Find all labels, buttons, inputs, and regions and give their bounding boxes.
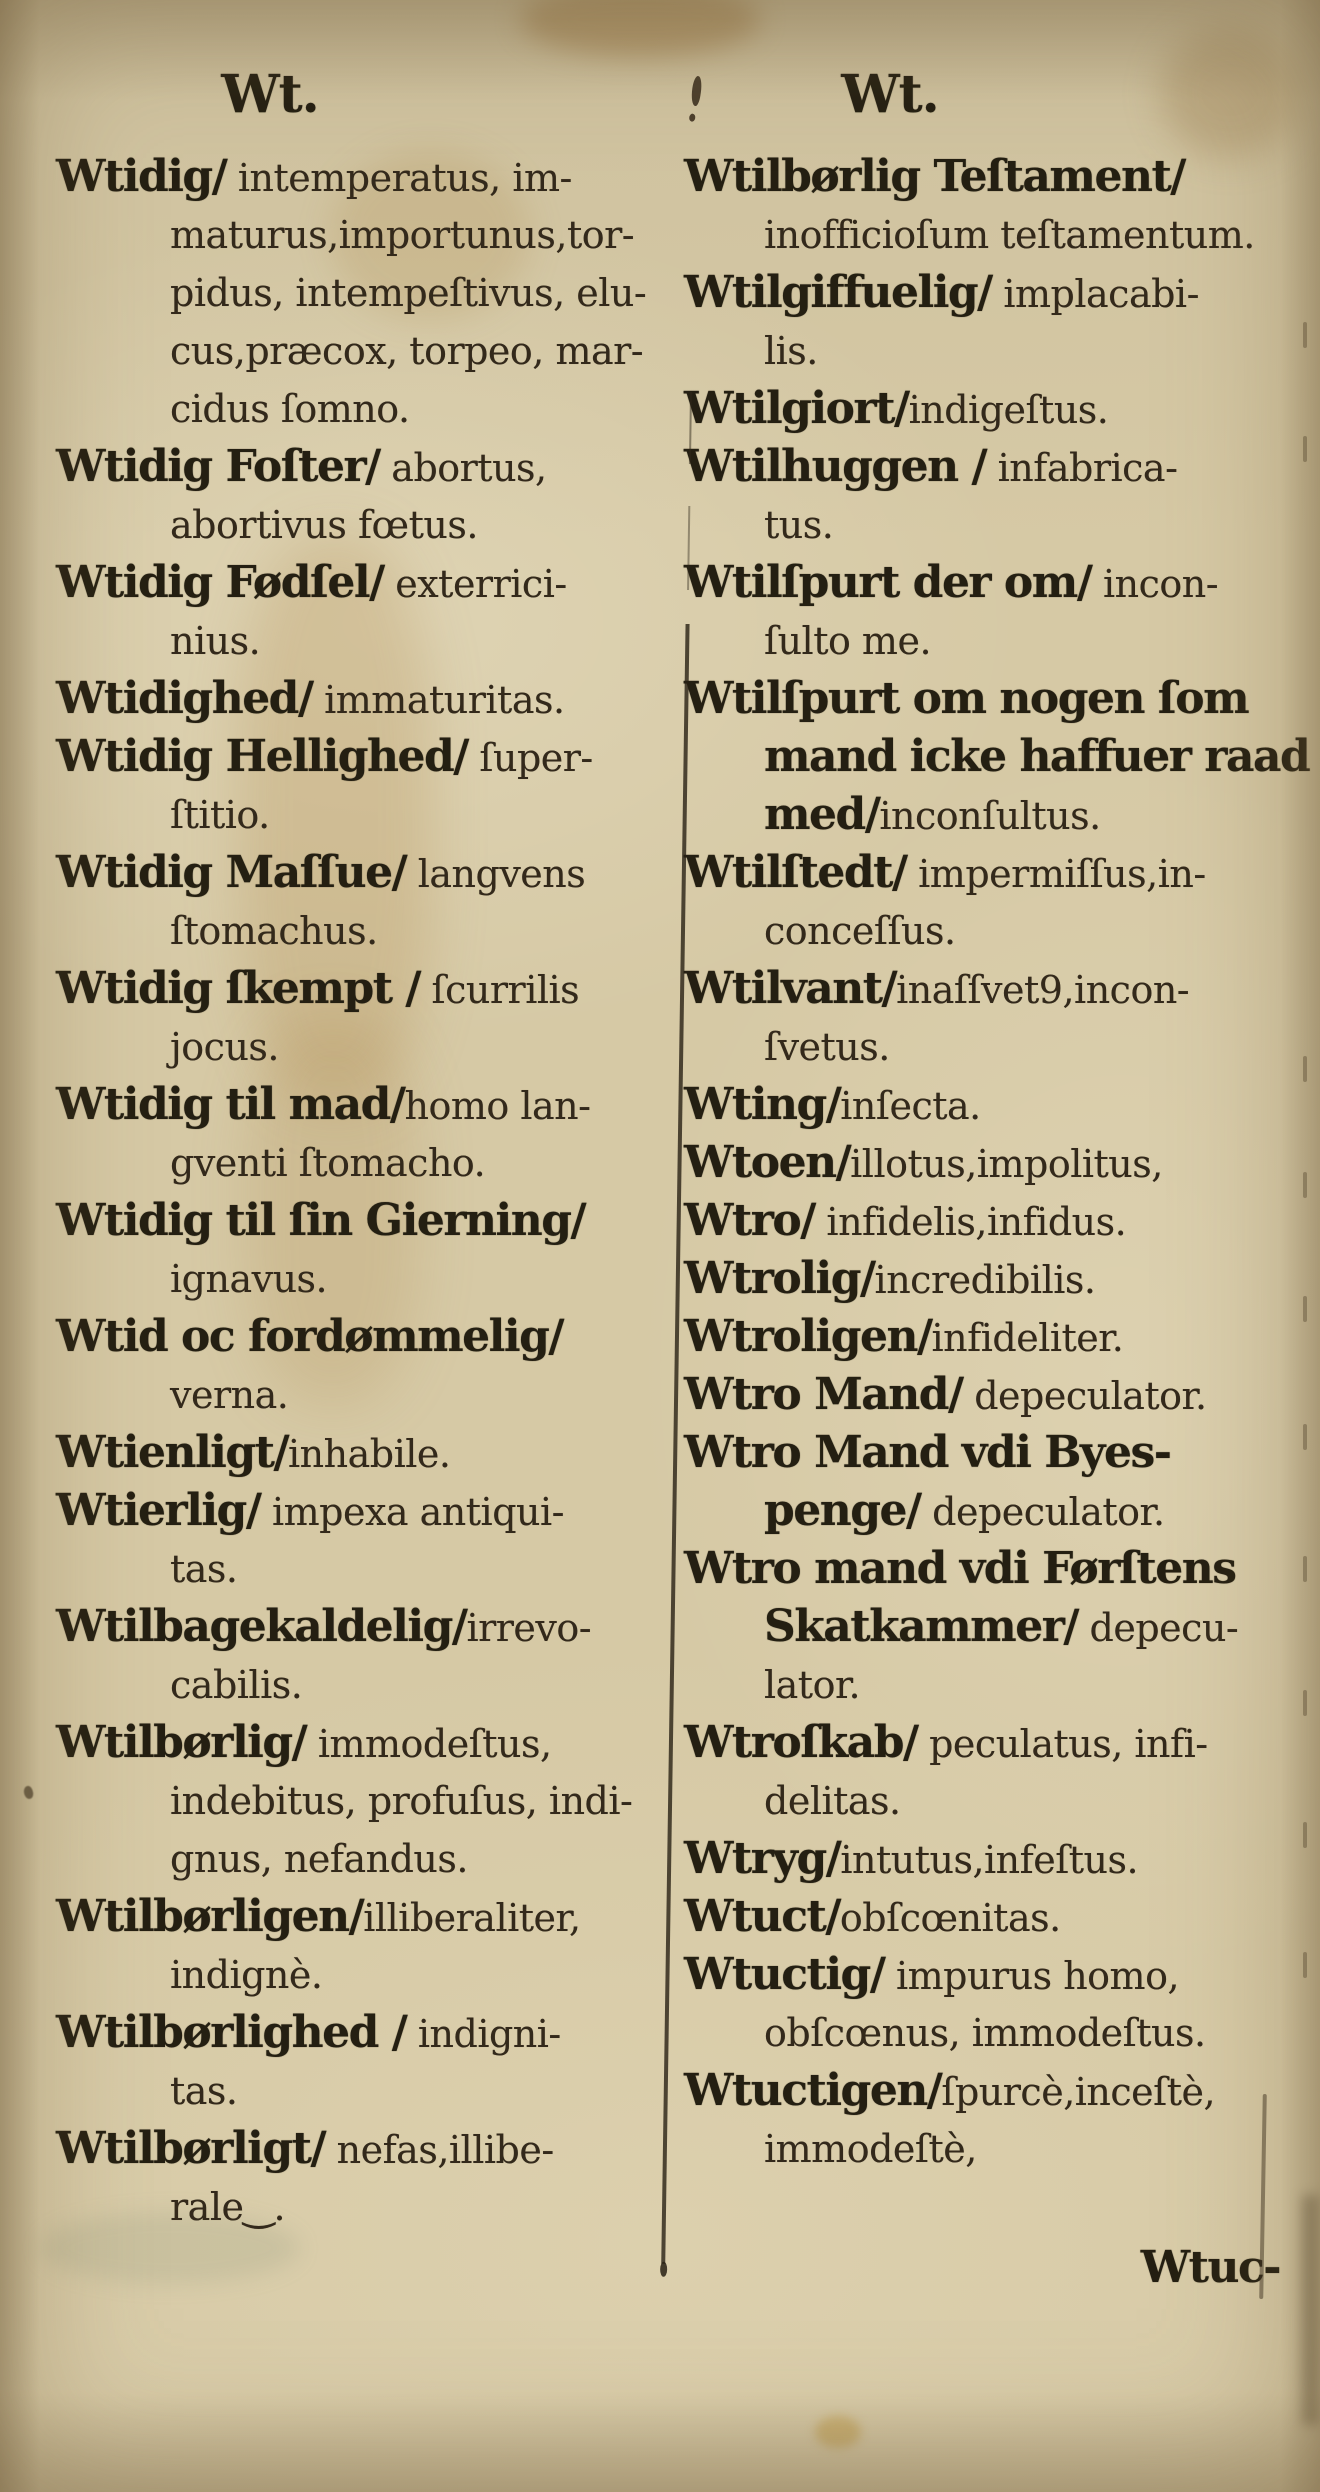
entry-line: Wtidig Foſter/ abortus,: [56, 438, 656, 496]
headword-text: Wtilbørlig Teſtament/: [684, 151, 1185, 202]
entry-line: lator.: [684, 1656, 1306, 1714]
headword-text: Wtidighed/: [56, 673, 313, 724]
latin-text: abortus,: [380, 446, 547, 490]
latin-text: ſtomachus.: [170, 909, 378, 953]
headword-text: Wtidig Foſter/: [56, 441, 380, 492]
left-column: Wtidig/ intemperatus, im-maturus,importu…: [56, 148, 656, 2236]
entry-line: Wtro Mand/ depeculator.: [684, 1366, 1306, 1424]
ink-blot-mark: [690, 76, 703, 107]
latin-text: indigeſtus.: [909, 388, 1109, 432]
entry-line: delitas.: [684, 1772, 1306, 1830]
latin-text: incon-: [1091, 562, 1218, 606]
entry-line: lis.: [684, 322, 1306, 380]
entry-line: Wtilhuggen / infabrica-: [684, 438, 1306, 496]
headword-text: Wtilbørlighed /: [56, 2007, 406, 2058]
entry-line: indignè.: [56, 1946, 656, 2004]
bleedthrough-tick: [1303, 1424, 1307, 1450]
headword-text: Wting/: [684, 1079, 840, 1130]
latin-text: impermiſſus,in-: [907, 852, 1206, 896]
latin-text: indigni-: [406, 2012, 560, 2056]
headword-text: Wtilbørligt/: [56, 2123, 325, 2174]
entry-line: Wtoen/illotus,impolitus,: [684, 1134, 1306, 1192]
entry-line: verna.: [56, 1366, 656, 1424]
latin-text: intutus,infeſtus.: [840, 1838, 1138, 1882]
latin-text: maturus,importunus,tor-: [170, 213, 634, 257]
latin-text: inhabile.: [288, 1432, 450, 1476]
entry-line: Wtilvant/inaſſvet9,incon-: [684, 960, 1306, 1018]
entry-line: penge/ depeculator.: [684, 1482, 1306, 1540]
bleedthrough-tick: [1303, 1172, 1307, 1198]
entry-line: Wtro mand vdi Førſtens: [684, 1540, 1306, 1598]
latin-text: verna.: [170, 1373, 288, 1417]
latin-text: jocus.: [170, 1025, 279, 1069]
entry-line: Wtidig til mad/homo lan-: [56, 1076, 656, 1134]
headword-text: Wtidig ſkempt /: [56, 963, 420, 1014]
latin-text: peculatus, infi-: [918, 1722, 1208, 1766]
entry-line: Wtidig Maſſue/ langvens: [56, 844, 656, 902]
latin-text: ſcurrilis: [420, 968, 579, 1012]
latin-text: indebitus, profuſus, indi-: [170, 1779, 632, 1823]
latin-text: irrevo-: [466, 1606, 591, 1650]
latin-text: tus.: [764, 503, 833, 547]
running-head-right: Wt.: [780, 64, 1000, 125]
bleedthrough-tick: [1303, 1296, 1307, 1322]
headword-text: Wtoen/: [684, 1137, 850, 1188]
latin-text: langvens: [406, 852, 585, 896]
entry-line: nius.: [56, 612, 656, 670]
headword-text: Wtidig/: [56, 151, 226, 202]
latin-text: lator.: [764, 1663, 860, 1707]
entry-line: Skatkammer/ depecu-: [684, 1598, 1306, 1656]
entry-line: Wtilſpurt om nogen ſom: [684, 670, 1306, 728]
headword-text: Wtidig Maſſue/: [56, 847, 406, 898]
entry-line: Wtryg/intutus,infeſtus.: [684, 1830, 1306, 1888]
headword-text: Wtilbørlig/: [56, 1717, 306, 1768]
entry-line: Wtilſtedt/ impermiſſus,in-: [684, 844, 1306, 902]
entry-line: abortivus fœtus.: [56, 496, 656, 554]
latin-text: conceſſus.: [764, 909, 956, 953]
latin-text: cus,præcox, torpeo, mar-: [170, 329, 643, 373]
headword-text: Wtuct/: [684, 1891, 840, 1942]
latin-text: ignavus.: [170, 1257, 327, 1301]
entry-line: ignavus.: [56, 1250, 656, 1308]
entry-line: Wtilbørligen/illiberaliter,: [56, 1888, 656, 1946]
latin-text: infabrica-: [986, 446, 1177, 490]
latin-text: nefas,illibe-: [325, 2128, 554, 2172]
latin-text: implacabi-: [992, 272, 1199, 316]
latin-text: infideliter.: [932, 1316, 1124, 1360]
entry-line: ſtitio.: [56, 786, 656, 844]
headword-text: Wtro Mand vdi Byes-: [684, 1427, 1171, 1478]
headword-text: Wtid oc fordømmelig/: [56, 1311, 563, 1362]
entry-line: cus,præcox, torpeo, mar-: [56, 322, 656, 380]
latin-text: immodeſtè,: [764, 2127, 977, 2171]
entry-line: jocus.: [56, 1018, 656, 1076]
latin-text: inſecta.: [840, 1084, 980, 1128]
headword-text: Wtidig Hellighed/: [56, 731, 468, 782]
entry-line: Wtidig/ intemperatus, im-: [56, 148, 656, 206]
entry-line: mand icke haffuer raad: [684, 728, 1306, 786]
latin-text: ſvetus.: [764, 1025, 890, 1069]
entry-line: tas.: [56, 1540, 656, 1598]
latin-text: obſcœnitas.: [840, 1896, 1061, 1940]
entry-line: med/inconſultus.: [684, 786, 1306, 844]
entry-line: pidus, intempeſtivus, elu-: [56, 264, 656, 322]
entry-line: Wtidighed/ immaturitas.: [56, 670, 656, 728]
latin-text: lis.: [764, 329, 818, 373]
latin-text: depeculator.: [921, 1490, 1165, 1534]
entry-line: ſulto me.: [684, 612, 1306, 670]
bleedthrough-tick: [1303, 1556, 1307, 1582]
headword-text: penge/: [764, 1485, 921, 1536]
entry-line: Wtidig Hellighed/ ſuper-: [56, 728, 656, 786]
headword-text: mand icke haffuer raad: [764, 731, 1309, 782]
entry-line: cabilis.: [56, 1656, 656, 1714]
bleedthrough-tick: [1303, 322, 1307, 348]
entry-line: Wtilſpurt der om/ incon-: [684, 554, 1306, 612]
latin-text: ſuper-: [468, 736, 593, 780]
latin-text: indignè.: [170, 1953, 322, 1997]
entry-line: obſcœnus, immodeſtus.: [684, 2004, 1306, 2062]
latin-text: ſpurcè,inceſtè,: [941, 2070, 1215, 2114]
page-corner-shadow: [1302, 2195, 1320, 2425]
entry-line: Wtuct/obſcœnitas.: [684, 1888, 1306, 1946]
latin-text: nius.: [170, 619, 260, 663]
headword-text: Wtilſpurt der om/: [684, 557, 1091, 608]
entry-line: maturus,importunus,tor-: [56, 206, 656, 264]
dictionary-page: Wt. Wt. Wtidig/ intemperatus, im-maturus…: [0, 0, 1320, 2492]
headword-text: Wtilſpurt om nogen ſom: [684, 673, 1248, 724]
latin-text: gnus, nefandus.: [170, 1837, 468, 1881]
headword-text: Wtilhuggen /: [684, 441, 986, 492]
entry-line: Wtienligt/inhabile.: [56, 1424, 656, 1482]
headword-text: Wtilgiffuelig/: [684, 267, 992, 318]
paper-stain: [815, 2416, 861, 2448]
headword-text: Wtroligen/: [684, 1311, 932, 1362]
entry-line: conceſſus.: [684, 902, 1306, 960]
entry-line: Wtroſkab/ peculatus, infi-: [684, 1714, 1306, 1772]
paper-stain: [1160, 28, 1300, 158]
latin-text: delitas.: [764, 1779, 901, 1823]
entry-line: Wtrolig/incredibilis.: [684, 1250, 1306, 1308]
latin-text: immaturitas.: [313, 678, 565, 722]
headword-text: Wtro/: [684, 1195, 815, 1246]
latin-text: incredibilis.: [875, 1258, 1096, 1302]
headword-text: Wtierlig/: [56, 1485, 260, 1536]
entry-line: Wting/inſecta.: [684, 1076, 1306, 1134]
running-head-left: Wt.: [160, 64, 380, 125]
headword-text: Wtidig Fødſel/: [56, 557, 384, 608]
latin-text: intemperatus, im-: [226, 156, 572, 200]
entry-line: cidus ſomno.: [56, 380, 656, 438]
headword-text: Wtidig til mad/: [56, 1079, 405, 1130]
latin-text: obſcœnus, immodeſtus.: [764, 2011, 1206, 2055]
paper-stain: [520, 0, 760, 57]
entry-line: Wtidig til ſin Gierning/: [56, 1192, 656, 1250]
bleedthrough-tick: [1303, 1056, 1307, 1082]
latin-text: exterrici-: [384, 562, 567, 606]
latin-text: tas.: [170, 2069, 238, 2113]
entry-line: Wtuctig/ impurus homo,: [684, 1946, 1306, 2004]
entry-line: inofficioſum teſtamentum.: [684, 206, 1306, 264]
bleedthrough-tick: [1303, 1690, 1307, 1716]
right-column: Wtilbørlig Teſtament/inofficioſum teſtam…: [684, 148, 1306, 2178]
latin-text: ſulto me.: [764, 619, 931, 663]
headword-text: Wtilgiort/: [684, 383, 909, 434]
entry-line: Wtidig ſkempt / ſcurrilis: [56, 960, 656, 1018]
latin-text: depeculator.: [963, 1374, 1207, 1418]
entry-line: Wtuctigen/ſpurcè,inceſtè,: [684, 2062, 1306, 2120]
entry-line: indebitus, profuſus, indi-: [56, 1772, 656, 1830]
latin-text: inaſſvet9,incon-: [896, 968, 1189, 1012]
latin-text: impurus homo,: [884, 1954, 1179, 1998]
bleedthrough-tick: [1303, 436, 1307, 462]
entry-line: Wtroligen/infideliter.: [684, 1308, 1306, 1366]
latin-text: pidus, intempeſtivus, elu-: [170, 271, 646, 315]
headword-text: Wtilſtedt/: [684, 847, 907, 898]
entry-line: tus.: [684, 496, 1306, 554]
entry-line: Wtilbagekaldelig/irrevo-: [56, 1598, 656, 1656]
latin-text: illotus,impolitus,: [850, 1142, 1163, 1186]
headword-text: Wtuctig/: [684, 1949, 884, 2000]
latin-text: abortivus fœtus.: [170, 503, 478, 547]
entry-line: Wtilgiffuelig/ implacabi-: [684, 264, 1306, 322]
entry-line: ſvetus.: [684, 1018, 1306, 1076]
entry-line: immodeſtè,: [684, 2120, 1306, 2178]
headword-text: Wtienligt/: [56, 1427, 288, 1478]
headword-text: Wtroſkab/: [684, 1717, 918, 1768]
bleedthrough-tick: [1303, 1822, 1307, 1848]
catchword: Wtuc-: [1040, 2242, 1280, 2293]
headword-text: Wtuctigen/: [684, 2065, 941, 2116]
latin-text: inofficioſum teſtamentum.: [764, 213, 1255, 257]
bleedthrough-tick: [1303, 1952, 1307, 1978]
entry-line: ſtomachus.: [56, 902, 656, 960]
latin-text: inconſultus.: [879, 794, 1100, 838]
headword-text: Wtryg/: [684, 1833, 840, 1884]
entry-line: rale‿.: [56, 2178, 656, 2236]
entry-line: gnus, nefandus.: [56, 1830, 656, 1888]
entry-line: Wtilbørligt/ nefas,illibe-: [56, 2120, 656, 2178]
latin-text: illiberaliter,: [363, 1896, 580, 1940]
latin-text: homo lan-: [405, 1084, 591, 1128]
entry-line: tas.: [56, 2062, 656, 2120]
entry-line: Wtid oc fordømmelig/: [56, 1308, 656, 1366]
headword-text: med/: [764, 789, 879, 840]
headword-text: Wtilbagekaldelig/: [56, 1601, 466, 1652]
headword-text: Skatkammer/: [764, 1601, 1078, 1652]
entry-line: gventi ſtomacho.: [56, 1134, 656, 1192]
entry-line: Wtilbørlig/ immodeſtus,: [56, 1714, 656, 1772]
latin-text: rale‿.: [170, 2185, 285, 2229]
latin-text: depecu-: [1078, 1606, 1238, 1650]
latin-text: infidelis,infidus.: [815, 1200, 1126, 1244]
latin-text: immodeſtus,: [306, 1722, 551, 1766]
headword-text: Wtro Mand/: [684, 1369, 963, 1420]
headword-text: Wtilbørligen/: [56, 1891, 363, 1942]
latin-text: gventi ſtomacho.: [170, 1141, 485, 1185]
headword-text: Wtro mand vdi Førſtens: [684, 1543, 1235, 1594]
latin-text: cidus ſomno.: [170, 387, 410, 431]
latin-text: ſtitio.: [170, 793, 270, 837]
entry-line: Wtro Mand vdi Byes-: [684, 1424, 1306, 1482]
ink-speck: [22, 1785, 35, 1800]
headword-text: Wtidig til ſin Gierning/: [56, 1195, 585, 1246]
entry-line: Wtierlig/ impexa antiqui-: [56, 1482, 656, 1540]
entry-line: Wtro/ infidelis,infidus.: [684, 1192, 1306, 1250]
latin-text: cabilis.: [170, 1663, 302, 1707]
entry-line: Wtidig Fødſel/ exterrici-: [56, 554, 656, 612]
entry-line: Wtilgiort/indigeſtus.: [684, 380, 1306, 438]
entry-line: Wtilbørlighed / indigni-: [56, 2004, 656, 2062]
headword-text: Wtilvant/: [684, 963, 896, 1014]
latin-text: impexa antiqui-: [260, 1490, 564, 1534]
entry-line: Wtilbørlig Teſtament/: [684, 148, 1306, 206]
headword-text: Wtrolig/: [684, 1253, 875, 1304]
latin-text: tas.: [170, 1547, 238, 1591]
